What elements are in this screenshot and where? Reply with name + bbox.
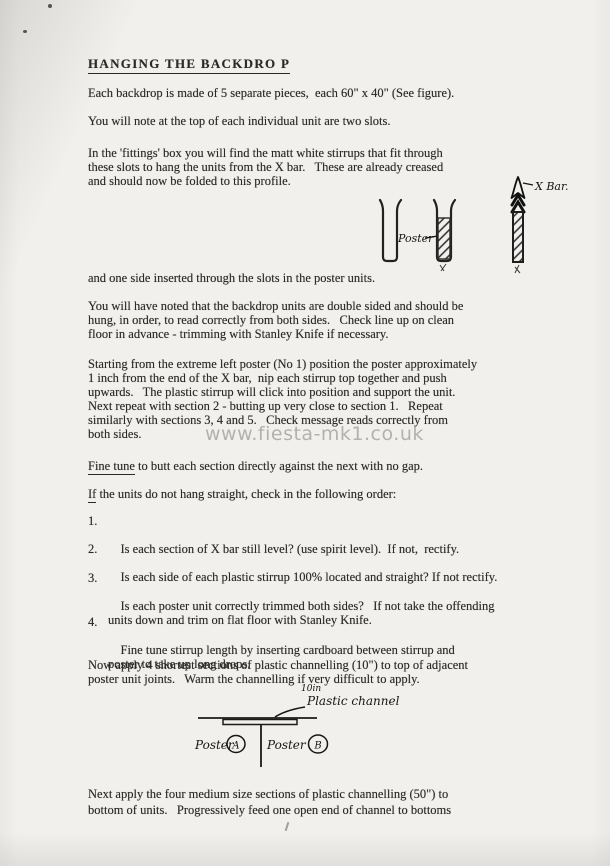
paragraph-next-apply-channelling: Next apply the four medium size sections… (88, 786, 593, 818)
item-number: 2. (88, 542, 97, 556)
if-rest: the units do not hang straight, check in… (96, 487, 396, 501)
channel-rect (223, 720, 297, 725)
document-title: HANGING THE BACKDRO P (88, 57, 290, 74)
poster-handwritten-label: Poster (397, 232, 434, 245)
xbar-handwritten-label: X Bar. (534, 180, 569, 193)
item-number: 3. (88, 571, 97, 585)
fine-tune-underlined: Fine tune (88, 459, 135, 475)
poster-hatched-rect (438, 218, 450, 259)
paragraph-if-not-straight: If the units do not hang straight, check… (88, 487, 593, 501)
size-handwritten-label: 10in (301, 684, 321, 694)
paragraph-two-slots: You will note at the top of each individ… (88, 114, 593, 128)
item-number: 4. (88, 615, 97, 629)
item-number: 1. (88, 514, 97, 528)
paper-mark (285, 822, 289, 831)
poster-a-letter: A (231, 741, 239, 752)
xbar-label-connector-line (523, 183, 533, 185)
poster-b-letter: B (313, 741, 321, 752)
paper-speck (48, 4, 52, 8)
paragraph-double-sided: You will have noted that the backdrop un… (88, 299, 593, 341)
poster-bottom-marks (440, 264, 446, 271)
fine-tune-rest: to butt each section directly against th… (135, 459, 423, 473)
xbar-hatched-column (513, 212, 523, 262)
poster-b-handwritten-label: Poster (266, 738, 307, 752)
stirrup-profile-diagram: Poster X Bar. (367, 175, 579, 283)
paragraph-one-side-inserted: and one side inserted through the slots … (88, 271, 593, 285)
watermark-text: www.fiesta-mk1.co.uk (205, 423, 424, 445)
scanned-document-page: HANGING THE BACKDRO P Each backdrop is m… (0, 0, 610, 866)
plastic-channel-diagram: 10in Plastic channel Poster A Poster B (188, 681, 423, 776)
channel-label-connector-line (275, 707, 305, 717)
paragraph-backdrop-pieces: Each backdrop is made of 5 separate piec… (88, 86, 593, 100)
plastic-channel-handwritten-label: Plastic channel (306, 694, 400, 708)
paragraph-fine-tune: Fine tune to butt each section directly … (88, 459, 593, 473)
paper-speck (23, 30, 27, 33)
stirrup-left-shape (380, 200, 401, 261)
